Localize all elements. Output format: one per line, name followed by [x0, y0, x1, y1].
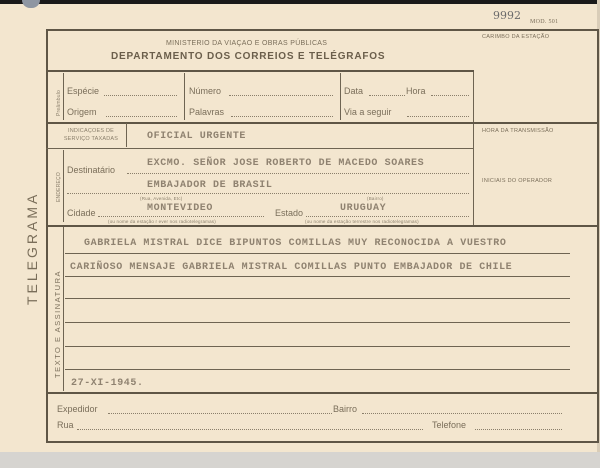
address-label: ENDEREÇO — [56, 172, 62, 202]
text-rule-6 — [65, 369, 570, 370]
palavras-field[interactable] — [231, 116, 333, 117]
text-rule-4 — [65, 322, 570, 323]
street-value[interactable]: EMBAJADOR DE BRASIL — [147, 180, 272, 191]
text-rule-2 — [65, 276, 570, 277]
service-label-line2: SERVIÇO TAXADAS — [57, 136, 125, 142]
text-section-label: TEXTO E ASSINATURA — [53, 270, 62, 378]
preamble-divider — [46, 122, 598, 124]
hora-field[interactable] — [431, 95, 469, 96]
text-line-1[interactable]: GABRIELA MISTRAL DICE BIPUNTOS COMILLAS … — [84, 238, 506, 249]
scan-top-edge — [0, 0, 600, 4]
scan-bottom-edge — [0, 452, 600, 468]
cidade-hint: (ou nome da estação r ever nos radiotele… — [108, 219, 216, 224]
via-label: Via a seguir — [344, 107, 391, 117]
frame-right — [597, 29, 599, 443]
cidade-label: Cidade — [67, 208, 96, 218]
destinatario-field-line — [127, 173, 469, 174]
model-number: MOD. 501 — [530, 19, 558, 25]
telegram-side-title: TELEGRAMA — [24, 192, 40, 305]
data-label: Data — [344, 86, 363, 96]
ministry-title: MINISTERIO DA VIAÇAO E OBRAS PÚBLICAS — [166, 40, 327, 47]
rua-label: Rua — [57, 420, 74, 430]
message-date[interactable]: 27-XI-1945. — [71, 378, 144, 389]
telefone-label: Telefone — [432, 420, 466, 430]
especie-field[interactable] — [104, 95, 177, 96]
frame-bottom — [46, 441, 598, 443]
origem-field[interactable] — [106, 116, 177, 117]
text-rule-1 — [65, 253, 570, 254]
street-field-line — [67, 193, 469, 194]
header-divider — [46, 70, 474, 72]
numero-field[interactable] — [229, 95, 333, 96]
scan-clip-mark — [22, 0, 40, 8]
bairro-label: Bairro — [333, 404, 357, 414]
preamble-col-divider-2 — [340, 73, 341, 120]
text-rule-3 — [65, 298, 570, 299]
especie-label: Espécie — [67, 86, 99, 96]
service-value[interactable]: OFICIAL URGENTE — [147, 131, 246, 142]
estado-label: Estado — [275, 208, 303, 218]
origem-label: Origem — [67, 107, 97, 117]
preamble-col-divider-1 — [184, 73, 185, 120]
text-inner-line — [63, 227, 64, 391]
palavras-label: Palavras — [189, 107, 224, 117]
address-inner-line — [63, 150, 64, 222]
hora-label: Hora — [406, 86, 426, 96]
data-field[interactable] — [369, 95, 405, 96]
estado-field-line — [306, 216, 469, 217]
address-divider — [46, 225, 598, 227]
street-hint: (Rua, Avenida, Etc) — [140, 196, 183, 201]
station-stamp-label: CARIMBO DA ESTAÇÃO — [482, 34, 549, 40]
rua-field[interactable] — [77, 429, 423, 430]
estado-value[interactable]: URUGUAY — [340, 203, 386, 214]
transmission-time-label: HORA DA TRANSMISSÃO — [482, 128, 554, 134]
bairro-hint: (Bairro) — [367, 196, 384, 201]
service-bottom-divider — [46, 148, 474, 149]
bairro-field[interactable] — [362, 413, 562, 414]
operator-initials-label: INICIAIS DO OPERADOR — [482, 178, 552, 184]
text-divider — [46, 392, 598, 394]
destinatario-label: Destinatário — [67, 165, 115, 175]
frame-top — [46, 29, 598, 31]
destinatario-value[interactable]: EXCMO. SEÑOR JOSE ROBERTO DE MACEDO SOAR… — [147, 158, 424, 169]
text-line-2[interactable]: CARIÑOSO MENSAJE GABRIELA MISTRAL COMILL… — [70, 262, 512, 273]
service-divider — [126, 123, 127, 147]
frame-left — [46, 29, 48, 443]
text-rule-5 — [65, 346, 570, 347]
cidade-field-line — [98, 216, 264, 217]
service-label-line1: INDICAÇOES DE — [57, 128, 125, 134]
telefone-field[interactable] — [475, 429, 562, 430]
department-title: DEPARTAMENTO DOS CORREIOS E TELÉGRAFOS — [111, 51, 385, 62]
preamble-label: Preâmbulo — [56, 90, 62, 116]
expedidor-field[interactable] — [108, 413, 332, 414]
estado-hint: (ou nome da estação terrestre nos radiot… — [305, 219, 419, 224]
cidade-value[interactable]: MONTEVIDEO — [147, 203, 213, 214]
serial-number: 9992 — [493, 9, 521, 22]
preamble-inner-line — [63, 73, 64, 120]
expedidor-label: Expedidor — [57, 404, 98, 414]
numero-label: Número — [189, 86, 221, 96]
via-field[interactable] — [407, 116, 469, 117]
